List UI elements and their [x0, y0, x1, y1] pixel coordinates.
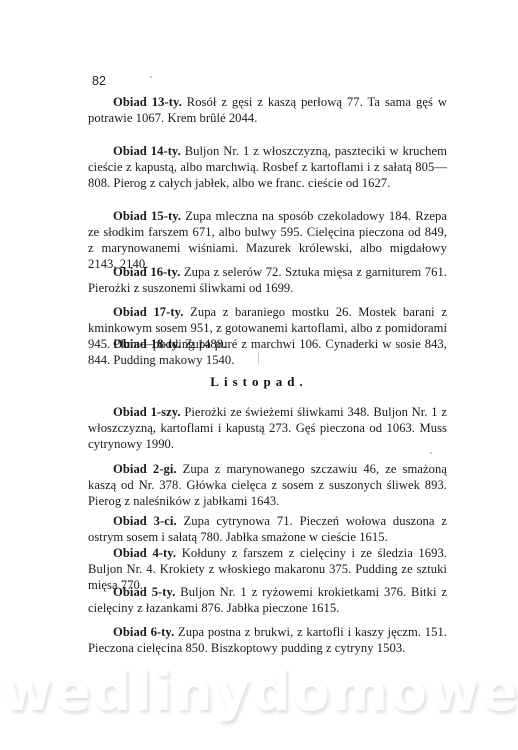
entry-label: Obiad 1-szy. [113, 405, 181, 419]
menu-entry: Obiad 1-szy. Pierożki ze świeżemi śliwka… [88, 404, 447, 452]
entry-label: Obiad 14-ty. [113, 144, 181, 158]
entry-label: Obiad 6-ty. [113, 625, 174, 639]
scan-speck [430, 452, 432, 454]
scan-speck [150, 76, 152, 78]
page-number: 82 [92, 74, 106, 88]
menu-entry: Obiad 6-ty. Zupa postna z brukwi, z kart… [88, 624, 447, 656]
watermark: wedlinydomowe.pl [2, 660, 518, 723]
menu-entry: Obiad 13-ty. Rosół z gęsi z kaszą perłow… [88, 94, 447, 126]
entry-label: Obiad 2-gi. [113, 462, 177, 476]
menu-entry: Obiad 18-ty. Zupa puré z marchwi 106. Cy… [88, 336, 447, 368]
entry-label: Obiad 15-ty. [113, 209, 181, 223]
menu-entry: Obiad 3-ci. Zupa cytrynowa 71. Pieczeń w… [88, 513, 447, 545]
scan-speck [432, 567, 434, 569]
entry-label: Obiad 16-ty. [113, 265, 180, 279]
menu-entry: Obiad 14-ty. Buljon Nr. 1 z włoszczyzną,… [88, 143, 447, 191]
entry-label: Obiad 18-ty. [113, 337, 181, 351]
entry-label: Obiad 4-ty. [113, 546, 176, 560]
menu-entry: Obiad 16-ty. Zupa z selerów 72. Sztuka m… [88, 264, 447, 296]
entry-label: Obiad 3-ci. [113, 514, 177, 528]
entry-label: Obiad 13-ty. [113, 95, 182, 109]
scan-speck [258, 352, 259, 364]
menu-entry: Obiad 15-ty. Zupa mleczna na sposób czek… [88, 208, 447, 272]
menu-entry: Obiad 2-gi. Zupa z marynowanego szczawiu… [88, 461, 447, 509]
month-heading: Listopad. [0, 374, 518, 390]
entry-label: Obiad 5-ty. [113, 585, 175, 599]
menu-entry: Obiad 5-ty. Buljon Nr. 1 z ryżowemi krok… [88, 584, 447, 616]
entry-label: Obiad 17-ty. [113, 305, 184, 319]
